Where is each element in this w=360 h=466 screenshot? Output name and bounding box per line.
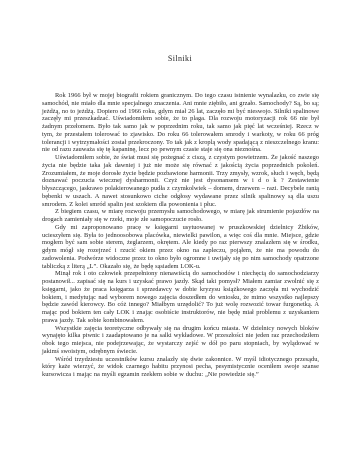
paragraph-6: Wszystkie zajęcia teoretyczne odbywały s… (42, 325, 319, 356)
paragraph-2: Uświadomiłem sobie, że świat musi się po… (42, 154, 319, 208)
paragraph-4: Gdy mi zaproponowano pracę w księgarni u… (42, 224, 319, 271)
document-page: Silniki Rok 1966 był w mojej biografii r… (0, 0, 360, 466)
text-block: Rok 1966 był w mojej biografii rokiem gr… (42, 92, 319, 379)
page-title: Silniki (0, 54, 360, 63)
paragraph-1: Rok 1966 był w mojej biografii rokiem gr… (42, 92, 319, 154)
paragraph-7: Wśród trzydziestu uczestników kursu znal… (42, 356, 319, 379)
paragraph-3: Z biegiem czasu, w miarę rozwoju przemys… (42, 208, 319, 224)
paragraph-5: Minął rok i oto człowiek przepełniony ni… (42, 270, 319, 324)
